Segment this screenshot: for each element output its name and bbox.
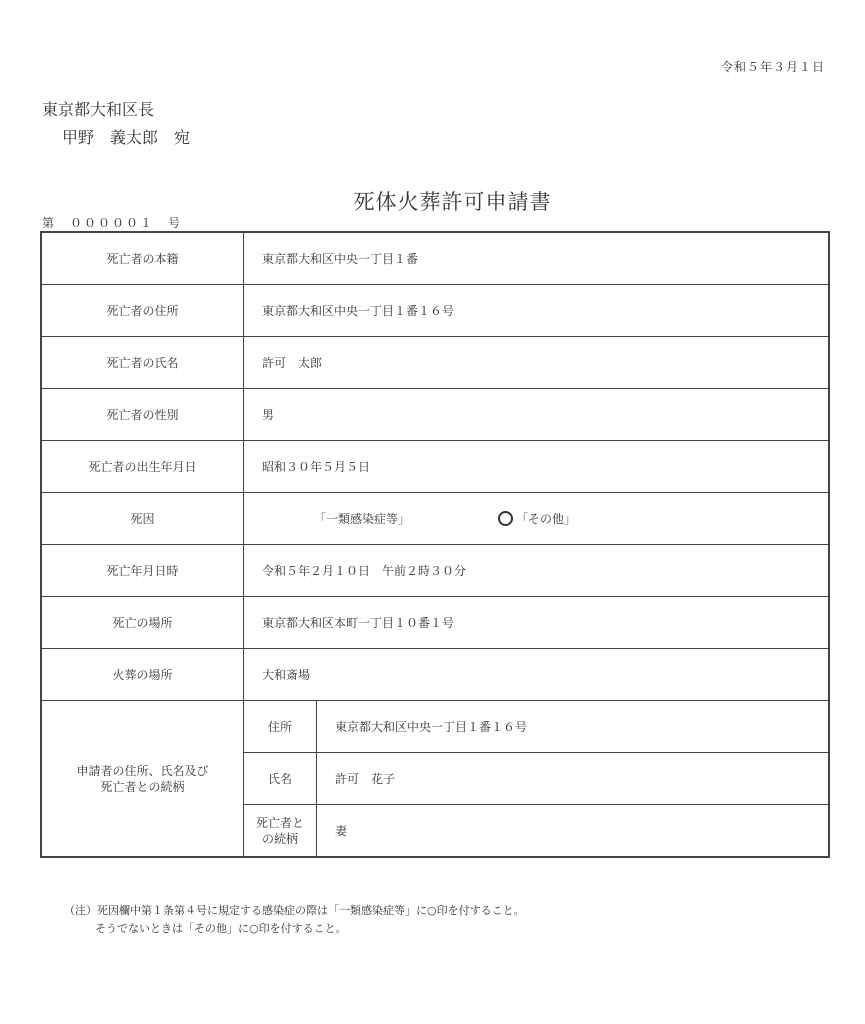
- footnote-line2: そうでないときは「その他」に○印を付すること。: [64, 920, 525, 938]
- table-row: 死亡の場所 東京都大和区本町一丁目１０番１号: [41, 597, 829, 649]
- row-label: 死亡者の住所: [41, 285, 244, 337]
- row-label: 死亡の場所: [41, 597, 244, 649]
- applicant-label-line2: 死亡者との続柄: [42, 779, 243, 795]
- table-row: 死亡年月日時 令和５年２月１０日 午前２時３０分: [41, 545, 829, 597]
- application-date: 令和５年３月１日: [721, 58, 825, 75]
- death-place-value: 東京都大和区本町一丁目１０番１号: [244, 597, 830, 649]
- applicant-name-value: 許可 花子: [317, 753, 830, 805]
- addressee-office: 東京都大和区長: [42, 96, 190, 124]
- applicant-relation-label: 死亡者と の続柄: [244, 805, 317, 858]
- death-datetime-value: 令和５年２月１０日 午前２時３０分: [244, 545, 830, 597]
- table-row: 死亡者の氏名 許可 太郎: [41, 337, 829, 389]
- cause-option-infectious: 「一類感染症等」: [314, 510, 410, 527]
- deceased-name-value: 許可 太郎: [244, 337, 830, 389]
- row-label: 死亡者の出生年月日: [41, 441, 244, 493]
- document-number: 第 ０００００１ 号: [42, 214, 182, 231]
- row-label: 火葬の場所: [41, 649, 244, 701]
- application-form-table: 死亡者の本籍 東京都大和区中央一丁目１番 死亡者の住所 東京都大和区中央一丁目１…: [40, 231, 830, 858]
- document-title: 死体火葬許可申請書: [0, 186, 865, 216]
- table-row: 死亡者の出生年月日 昭和３０年５月５日: [41, 441, 829, 493]
- relation-label-line2: の続柄: [244, 831, 316, 847]
- cremation-place-value: 大和斎場: [244, 649, 830, 701]
- registered-domicile-value: 東京都大和区中央一丁目１番: [244, 232, 830, 285]
- row-label: 死亡者の氏名: [41, 337, 244, 389]
- deceased-sex-value: 男: [244, 389, 830, 441]
- addressee-name: 甲野 義太郎 宛: [42, 124, 190, 152]
- applicant-section-label: 申請者の住所、氏名及び 死亡者との続柄: [41, 701, 244, 858]
- row-label: 死亡年月日時: [41, 545, 244, 597]
- footnote: （注）死因欄中第１条第４号に規定する感染症の際は「一類感染症等」に○印を付するこ…: [64, 902, 525, 938]
- selected-circle-mark: [498, 511, 513, 526]
- table-row: 申請者の住所、氏名及び 死亡者との続柄 住所 東京都大和区中央一丁目１番１６号: [41, 701, 829, 753]
- table-row: 火葬の場所 大和斎場: [41, 649, 829, 701]
- cause-of-death-options: 「一類感染症等」 「その他」: [244, 493, 830, 545]
- relation-label-line1: 死亡者と: [244, 815, 316, 831]
- row-label: 死亡者の本籍: [41, 232, 244, 285]
- addressee: 東京都大和区長 甲野 義太郎 宛: [42, 96, 190, 152]
- applicant-relation-value: 妻: [317, 805, 830, 858]
- cause-option-other: 「その他」: [498, 510, 576, 527]
- deceased-address-value: 東京都大和区中央一丁目１番１６号: [244, 285, 830, 337]
- birth-date-value: 昭和３０年５月５日: [244, 441, 830, 493]
- table-row: 死因 「一類感染症等」 「その他」: [41, 493, 829, 545]
- row-label: 死亡者の性別: [41, 389, 244, 441]
- table-row: 死亡者の性別 男: [41, 389, 829, 441]
- applicant-address-label: 住所: [244, 701, 317, 753]
- cause-option-other-label: 「その他」: [516, 510, 576, 527]
- table-row: 死亡者の本籍 東京都大和区中央一丁目１番: [41, 232, 829, 285]
- row-label: 死因: [41, 493, 244, 545]
- footnote-line1: （注）死因欄中第１条第４号に規定する感染症の際は「一類感染症等」に○印を付するこ…: [64, 902, 525, 920]
- applicant-label-line1: 申請者の住所、氏名及び: [42, 763, 243, 779]
- applicant-name-label: 氏名: [244, 753, 317, 805]
- applicant-address-value: 東京都大和区中央一丁目１番１６号: [317, 701, 830, 753]
- table-row: 死亡者の住所 東京都大和区中央一丁目１番１６号: [41, 285, 829, 337]
